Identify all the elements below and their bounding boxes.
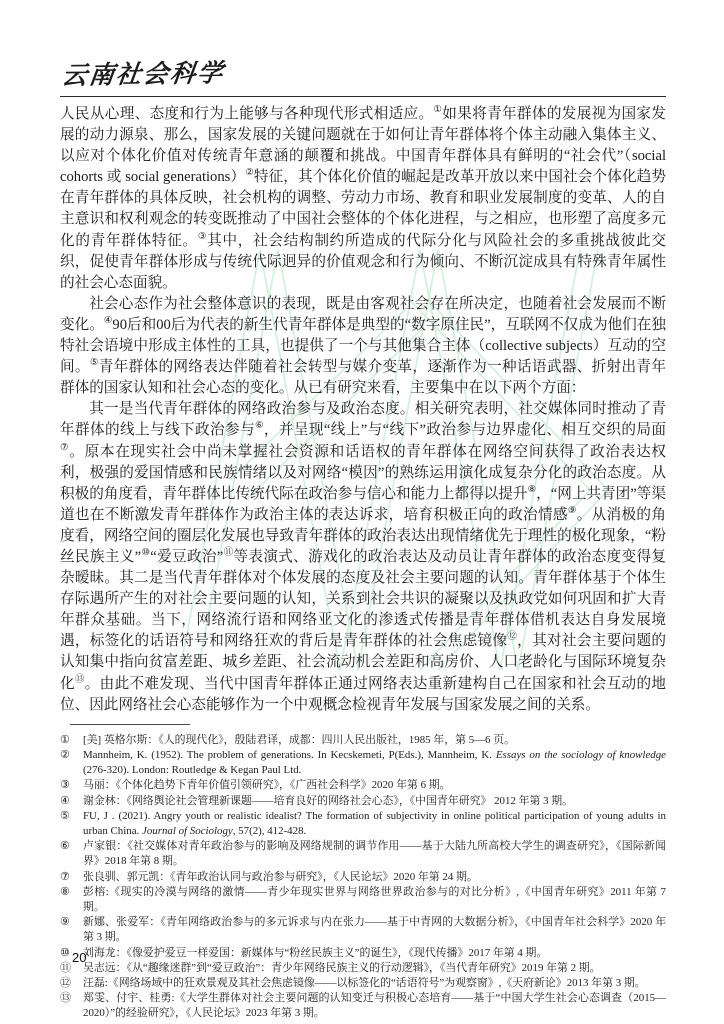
footnote-ref: ① (433, 105, 442, 115)
journal-page: 云南社会科学 人民从心理、态度和行为上能够与各种现代形式相适应。①如果将青年群体… (0, 0, 724, 1024)
paragraph: 社会心态作为社会整体意识的表现，既是由客观社会存在所决定，也随着社会发展而不断变… (60, 294, 666, 399)
footnote-item: ①[美] 英格尔斯：《人的现代化》，殷陆君译，成都：四川人民出版社，1985 年… (60, 733, 666, 748)
footnote-ref: ⑪ (223, 548, 233, 558)
footnote-ref: ⑫ (507, 632, 517, 642)
page-content: 云南社会科学 人民从心理、态度和行为上能够与各种现代形式相适应。①如果将青年群体… (60, 56, 666, 1022)
paragraph: 其一是当代青年群体的网络政治参与及政治态度。相关研究表明，社交媒体同时推动了青年… (60, 399, 666, 715)
footnote-item: ⑤FU, J . (2021). Angry youth or realisti… (60, 809, 666, 839)
footnote-text: 郑雯、付宇、桂勇:《大学生群体对社会主要问题的认知变迁与积极心态培育——基于“中… (83, 991, 666, 1021)
body-paragraphs: 人民从心理、态度和行为上能够与各种现代形式相适应。①如果将青年群体的发展视为国家… (60, 104, 666, 716)
footnote-item: ⑫汪磊:《网络场域中的狂欢景观及其社会焦虑镜像——以标签化的“话语符号”为观察窗… (60, 976, 666, 991)
page-number: 20 (72, 950, 86, 965)
footnote-text: 新娜、张爱军：《青年网络政治参与的多元诉求与内在张力——基于中青网的大数据分析》… (83, 915, 666, 945)
footnote-number: ⑦ (60, 870, 75, 885)
footnote-text: 张良驯、郭元凯：《青年政治认同与政治参与研究》，《人民论坛》2020 年第 24… (83, 870, 666, 885)
footnote-text: [美] 英格尔斯：《人的现代化》，殷陆君译，成都：四川人民出版社，1985 年，… (83, 733, 666, 748)
footnote-number: ① (60, 733, 75, 748)
footnote-number: ④ (60, 794, 75, 809)
footnote-ref: ② (245, 168, 254, 178)
footnote-ref: ⑥ (255, 422, 264, 432)
footnote-item: ⑥卢家银：《社交媒体对青年政治参与的影响及网络规制的调节作用——基于大陆九所高校… (60, 839, 666, 869)
footnote-item: ⑦张良驯、郭元凯：《青年政治认同与政治参与研究》，《人民论坛》2020 年第 2… (60, 870, 666, 885)
footnote-text: 汪磊:《网络场域中的狂欢景观及其社会焦虑镜像——以标签化的“话语符号”为观察窗》… (83, 976, 666, 991)
footnote-item: ⑬郑雯、付宇、桂勇:《大学生群体对社会主要问题的认知变迁与积极心态培育——基于“… (60, 991, 666, 1021)
footnote-number: ⑫ (60, 976, 75, 991)
footnote-text: 谢金林：《网络舆论社会管理新课题——培育良好的网络社会心态》，《中国青年研究》 … (83, 794, 666, 809)
footnote-ref: ⑬ (75, 675, 85, 685)
footnote-number: ⑧ (60, 885, 75, 900)
footnote-separator (70, 724, 190, 725)
footnote-text: 卢家银：《社交媒体对青年政治参与的影响及网络规制的调节作用——基于大陆九所高校大… (83, 839, 666, 869)
footnote-text: 刘海龙：《像爱护爱豆一样爱国：新媒体与“粉丝民族主义”的诞生》，《现代传播》20… (83, 946, 666, 961)
journal-logo: 云南社会科学 (60, 53, 255, 92)
footnote-ref: ⑧ (528, 485, 537, 495)
footnote-item: ③马丽：《个体化趋势下青年价值引领研究》，《广西社会科学》2020 年第 6 期… (60, 778, 666, 793)
footnote-text: 马丽：《个体化趋势下青年价值引领研究》，《广西社会科学》2020 年第 6 期。 (83, 778, 666, 793)
footnote-number: ⑥ (60, 839, 75, 854)
footnotes-list: ①[美] 英格尔斯：《人的现代化》，殷陆君译，成都：四川人民出版社，1985 年… (60, 733, 666, 1022)
work-title: Journal of Sociology (142, 825, 233, 837)
footnote-text: 彭榕:《现实的冷漠与网络的激情——青少年现实世界与网络世界政治参与的对比分析》,… (83, 885, 666, 915)
footnote-item: ⑧彭榕:《现实的冷漠与网络的激情——青少年现实世界与网络世界政治参与的对比分析》… (60, 885, 666, 915)
footnote-ref: ⑩ (141, 548, 150, 558)
footnote-item: ④谢金林：《网络舆论社会管理新课题——培育良好的网络社会心态》，《中国青年研究》… (60, 794, 666, 809)
footnote-ref: ⑤ (90, 358, 99, 368)
footnote-number: ② (60, 748, 75, 763)
footnote-ref: ③ (198, 232, 207, 242)
header-rule (60, 96, 666, 97)
work-title: Essays on the sociology of knowledge (496, 749, 666, 761)
footnote-text: 吴志远：《从“趣缘迷群”到“爱豆政治”：青少年网络民族主义的行动逻辑》，《当代青… (83, 961, 666, 976)
paragraph: 人民从心理、态度和行为上能够与各种现代形式相适应。①如果将青年群体的发展视为国家… (60, 104, 666, 294)
footnote-ref: ⑨ (568, 506, 577, 516)
footnote-number: ⑨ (60, 915, 75, 930)
footnote-item: ⑪吴志远：《从“趣缘迷群”到“爱豆政治”：青少年网络民族主义的行动逻辑》，《当代… (60, 961, 666, 976)
footnote-number: ③ (60, 778, 75, 793)
footnote-item: ⑩刘海龙：《像爱护爱豆一样爱国：新媒体与“粉丝民族主义”的诞生》，《现代传播》2… (60, 946, 666, 961)
page-header: 云南社会科学 (60, 56, 666, 97)
footnote-ref: ④ (104, 316, 113, 326)
footnote-item: ②Mannheim, K. (1952). The problem of gen… (60, 748, 666, 778)
footnote-item: ⑨新娜、张爱军：《青年网络政治参与的多元诉求与内在张力——基于中青网的大数据分析… (60, 915, 666, 945)
footnote-text: Mannheim, K. (1952). The problem of gene… (83, 748, 666, 778)
article-body: 人民从心理、态度和行为上能够与各种现代形式相适应。①如果将青年群体的发展视为国家… (60, 104, 666, 1022)
footnote-text: FU, J . (2021). Angry youth or realistic… (83, 809, 666, 839)
footnote-number: ⑤ (60, 809, 75, 824)
footnote-number: ⑬ (60, 991, 75, 1006)
footnote-ref: ⑦ (60, 443, 69, 453)
